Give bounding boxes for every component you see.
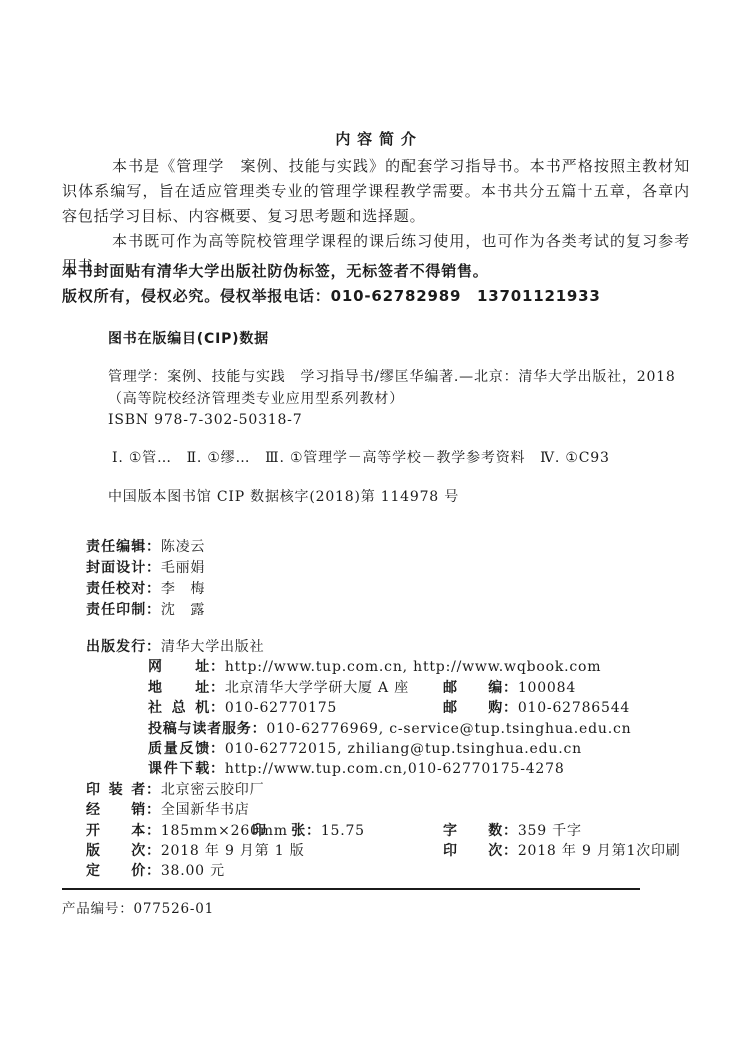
word-count-label: 字数	[443, 821, 503, 841]
edition-value: 2018 年 9 月第 1 版	[161, 843, 305, 859]
intro-title: 内 容 简 介	[62, 128, 690, 149]
price-row: 定价：38.00 元	[62, 861, 690, 881]
cip-series-line: （高等院校经济管理类专业应用型系列教材）	[108, 389, 690, 411]
format-label: 开本	[86, 821, 146, 841]
courseware-value: http://www.tup.com.cn,010-62770175-4278	[225, 761, 565, 777]
notice-line-1: 本书封面贴有清华大学出版社防伪标签，无标签者不得销售。	[62, 259, 690, 284]
cover-designer-label: 封面设计	[86, 558, 146, 579]
colon: ：	[146, 560, 161, 576]
colon: ：	[146, 863, 161, 879]
colon: ：	[146, 823, 161, 839]
reader-service-row: 投稿与读者服务：010-62776969, c-service@tup.tsin…	[62, 719, 690, 739]
colon: ：	[210, 761, 225, 777]
switchboard-value: 010-62770175	[225, 700, 337, 716]
colon: ：	[210, 680, 225, 696]
colon: ：	[146, 539, 161, 555]
cover-designer-row: 封面设计：毛丽娟	[62, 558, 690, 579]
address-value: 北京清华大学学研大厦 A 座	[225, 680, 409, 696]
distributor-label: 经销	[86, 800, 146, 820]
product-code-label: 产品编号	[62, 901, 119, 917]
cip-header: 图书在版编目(CIP)数据	[62, 328, 690, 348]
impression-value: 2018 年 9 月第1次印刷	[518, 843, 681, 859]
print-supervisor-value: 沈 露	[161, 602, 205, 618]
switchboard-row: 社总机：010-62770175 邮购：010-62786544	[62, 698, 690, 718]
colon: ：	[210, 700, 225, 716]
zipcode-value: 100084	[518, 680, 576, 696]
cip-title-line: 管理学：案例、技能与实践 学习指导书/缪匡华编著.—北京：清华大学出版社，201…	[108, 367, 690, 389]
printer-value: 北京密云胶印厂	[161, 782, 265, 798]
quality-feedback-row: 质量反馈：010-62772015, zhiliang@tup.tsinghua…	[62, 739, 690, 759]
colophon-section: 出版发行：清华大学出版社 网址：http://www.tup.com.cn, h…	[62, 637, 690, 882]
publisher-label: 出版发行	[86, 637, 146, 657]
sheets-group: 印张：15.75	[252, 821, 365, 841]
website-value: http://www.tup.com.cn, http://www.wqbook…	[225, 659, 602, 675]
colon: ：	[210, 741, 225, 757]
word-count-value: 359 千字	[518, 823, 582, 839]
editor-label: 责任编辑	[86, 537, 146, 558]
format-row: 开本：185mm×260mm 印张：15.75 字数：359 千字	[62, 821, 690, 841]
notice-line-2: 版权所有，侵权必究。侵权举报电话：010-62782989 1370112193…	[62, 284, 690, 309]
cover-designer-value: 毛丽娟	[161, 560, 205, 576]
colon: ：	[146, 802, 161, 818]
colon: ：	[119, 901, 133, 917]
proofreader-value: 李 梅	[161, 581, 205, 597]
print-supervisor-label: 责任印制	[86, 600, 146, 621]
distributor-row: 经销：全国新华书店	[62, 800, 690, 820]
anti-piracy-notice: 本书封面贴有清华大学出版社防伪标签，无标签者不得销售。 版权所有，侵权必究。侵权…	[62, 259, 690, 309]
footer-divider	[62, 888, 640, 890]
intro-paragraph-1: 本书是《管理学 案例、技能与实践》的配套学习指导书。本书严格按照主教材知识体系编…	[62, 154, 690, 229]
publisher-value: 清华大学出版社	[161, 639, 265, 655]
cip-classification-line: Ⅰ. ①管… Ⅱ. ①缪… Ⅲ. ①管理学－高等学校－教学参考资料 Ⅳ. ①C9…	[62, 447, 690, 467]
zipcode-group: 邮编：100084	[443, 678, 576, 698]
impression-group: 印次：2018 年 9 月第1次印刷	[443, 841, 681, 861]
edition-label: 版次	[86, 841, 146, 861]
price-label: 定价	[86, 861, 146, 881]
colon: ：	[503, 680, 518, 696]
colon: ：	[146, 639, 161, 655]
colon: ：	[503, 823, 518, 839]
impression-label: 印次	[443, 841, 503, 861]
colon: ：	[146, 602, 161, 618]
colon: ：	[306, 823, 321, 839]
website-row: 网址：http://www.tup.com.cn, http://www.wqb…	[62, 657, 690, 677]
editor-row: 责任编辑：陈凌云	[62, 537, 690, 558]
printer-label: 印装者	[86, 780, 146, 800]
colon: ：	[146, 581, 161, 597]
website-label: 网址	[148, 657, 210, 677]
reader-service-label: 投稿与读者服务	[148, 719, 252, 739]
mailorder-value: 010-62786544	[518, 700, 630, 716]
switchboard-label: 社总机	[148, 698, 210, 718]
colon: ：	[503, 700, 518, 716]
zipcode-label: 邮编	[443, 678, 503, 698]
address-label: 地址	[148, 678, 210, 698]
product-code-row: 产品编号：077526-01	[62, 897, 690, 917]
publisher-row: 出版发行：清华大学出版社	[62, 637, 690, 657]
courseware-label: 课件下载	[148, 759, 210, 779]
proofreader-row: 责任校对：李 梅	[62, 579, 690, 600]
editor-value: 陈凌云	[161, 539, 205, 555]
edition-row: 版次：2018 年 9 月第 1 版 印次：2018 年 9 月第1次印刷	[62, 841, 690, 861]
colon: ：	[252, 721, 267, 737]
sheets-label: 印张	[252, 821, 306, 841]
reader-service-value: 010-62776969, c-service@tup.tsinghua.edu…	[266, 721, 631, 737]
printer-row: 印装者：北京密云胶印厂	[62, 780, 690, 800]
colon: ：	[146, 782, 161, 798]
mailorder-group: 邮购：010-62786544	[443, 698, 630, 718]
print-supervisor-row: 责任印制：沈 露	[62, 600, 690, 621]
sheets-value: 15.75	[321, 823, 365, 839]
staff-section: 责任编辑：陈凌云 封面设计：毛丽娟 责任校对：李 梅 责任印制：沈 露	[62, 537, 690, 621]
price-value: 38.00 元	[161, 863, 225, 879]
product-code-value: 077526-01	[134, 901, 214, 917]
proofreader-label: 责任校对	[86, 579, 146, 600]
cip-body: 管理学：案例、技能与实践 学习指导书/缪匡华编著.—北京：清华大学出版社，201…	[62, 367, 690, 432]
copyright-page: 内 容 简 介 本书是《管理学 案例、技能与实践》的配套学习指导书。本书严格按照…	[0, 0, 752, 1047]
cip-isbn-line: ISBN 978-7-302-50318-7	[108, 410, 690, 432]
colon: ：	[146, 843, 161, 859]
colon: ：	[210, 659, 225, 675]
quality-feedback-label: 质量反馈	[148, 739, 210, 759]
address-row: 地址：北京清华大学学研大厦 A 座 邮编：100084	[62, 678, 690, 698]
colon: ：	[503, 843, 518, 859]
distributor-value: 全国新华书店	[161, 802, 250, 818]
mailorder-label: 邮购	[443, 698, 503, 718]
quality-feedback-value: 010-62772015, zhiliang@tup.tsinghua.edu.…	[225, 741, 582, 757]
word-count-group: 字数：359 千字	[443, 821, 582, 841]
courseware-row: 课件下载：http://www.tup.com.cn,010-62770175-…	[62, 759, 690, 779]
cip-record-line: 中国版本图书馆 CIP 数据核字(2018)第 114978 号	[62, 486, 690, 506]
